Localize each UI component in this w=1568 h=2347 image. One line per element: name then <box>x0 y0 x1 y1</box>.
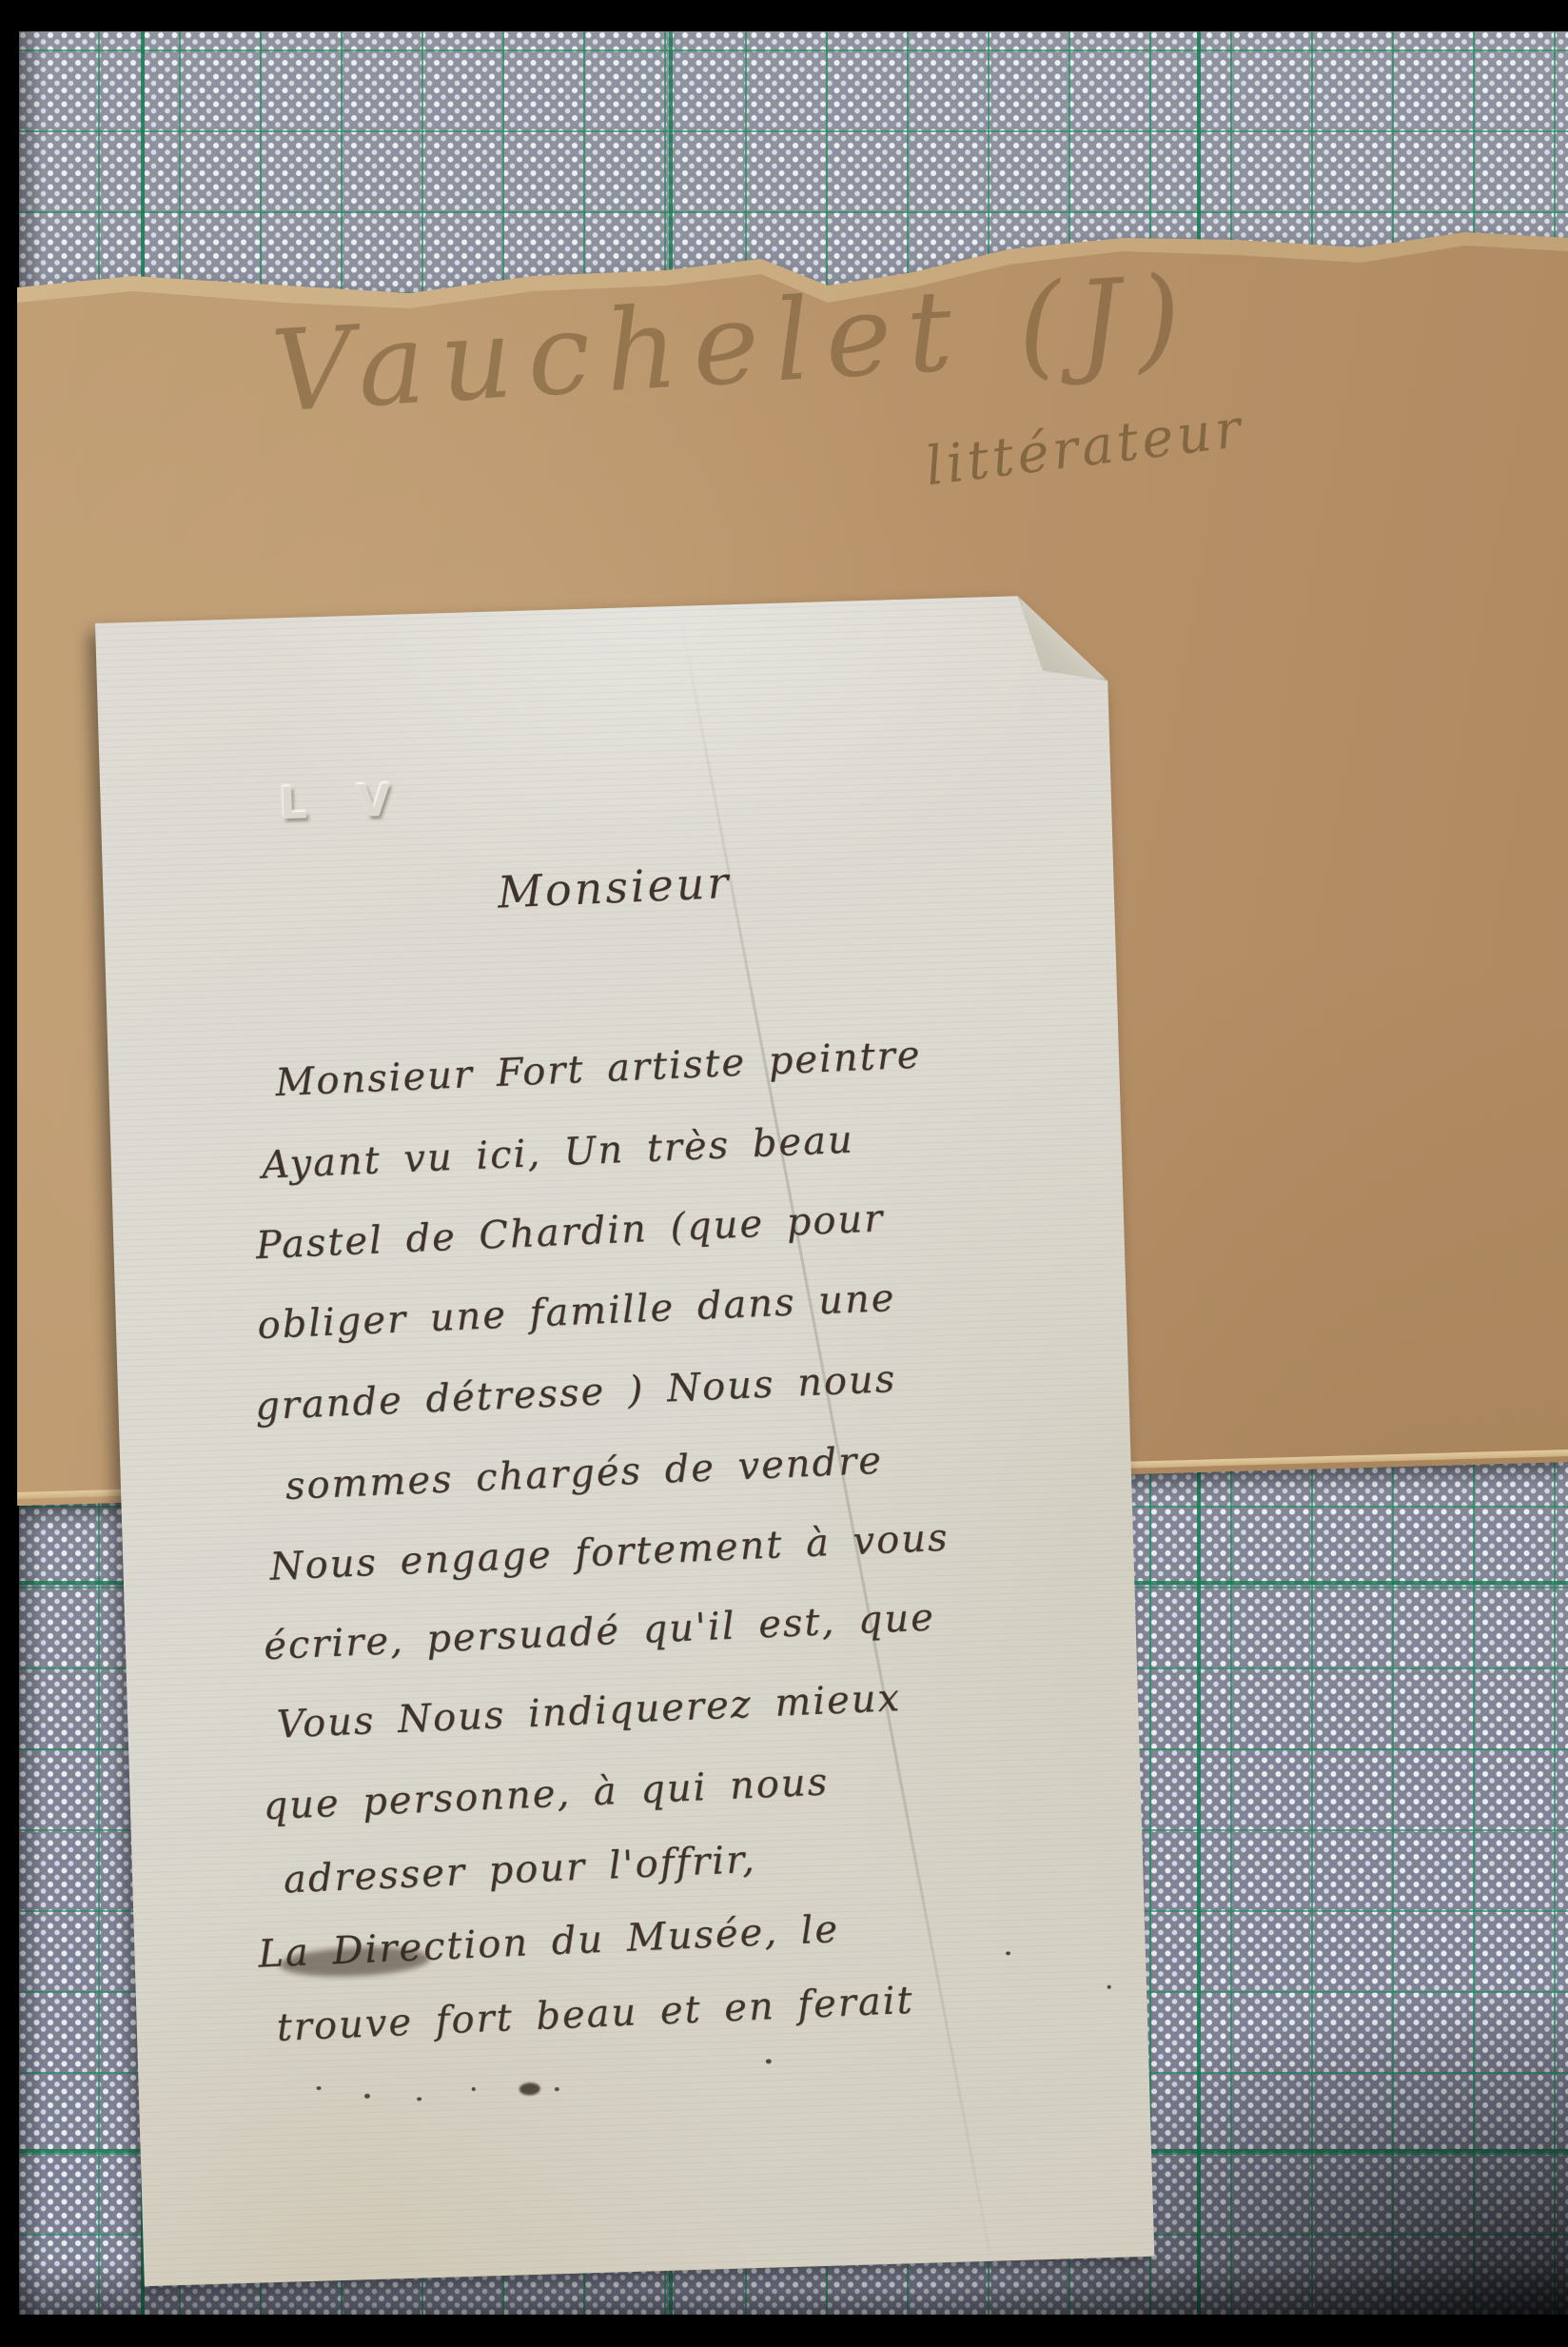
letter-line: trouve fort beau et en ferait <box>276 1979 915 2050</box>
letter-line: que personne, à qui nous <box>263 1760 830 1828</box>
letter-salutation: Monsieur <box>497 857 733 918</box>
letter-line: Vous Nous indiquerez mieux <box>276 1676 902 1747</box>
ink-speck <box>364 2094 370 2099</box>
letter-line: adresser pour l'offrir, <box>283 1838 756 1903</box>
ink-speck <box>555 2087 559 2091</box>
photograph-scene: Vauchelet (J) littérateur L V Monsieur M… <box>0 0 1568 2347</box>
ink-blot <box>519 2082 541 2096</box>
letter-paper-surface: L V Monsieur Monsieur Fort artiste peint… <box>95 593 1154 2286</box>
ink-speck <box>1107 1985 1111 1989</box>
ink-speck <box>417 2097 421 2100</box>
letter-line: sommes chargés de vendre <box>284 1439 884 1509</box>
ink-speck <box>472 2087 476 2091</box>
letter-line: Ayant vu ici, Un très beau <box>261 1118 854 1188</box>
ink-speck <box>1006 1951 1010 1955</box>
ink-speck <box>316 2086 321 2090</box>
letter-line: Nous engage fortement à vous <box>269 1516 951 1589</box>
letter-sheet: L V Monsieur Monsieur Fort artiste peint… <box>95 593 1154 2286</box>
handwritten-text-block: Monsieur Monsieur Fort artiste peintre A… <box>86 585 1167 2292</box>
letter-line: Monsieur Fort artiste peintre <box>274 1033 922 1105</box>
letter-line: grande détresse ) Nous nous <box>254 1357 897 1429</box>
letter-line: écrire, persuadé qu'il est, que <box>263 1595 935 1668</box>
letter-line: Pastel de Chardin (que pour <box>255 1196 885 1268</box>
ink-speck <box>766 2059 772 2063</box>
letter-line: obliger une famille dans une <box>257 1276 897 1348</box>
